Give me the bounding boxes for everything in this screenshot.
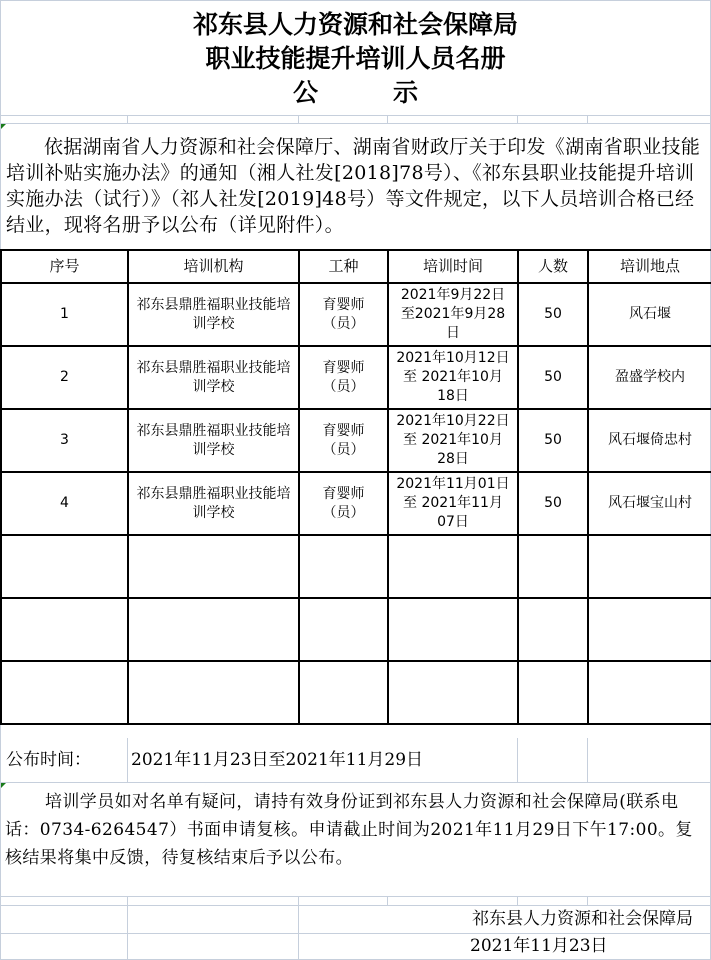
cell-period[interactable]: 2021年9月22日至2021年9月28日 xyxy=(388,283,518,346)
issue-date[interactable]: 2021年11月23日 xyxy=(470,933,608,960)
table-row-empty xyxy=(1,598,711,661)
col-header-org[interactable]: 培训机构 xyxy=(128,250,299,283)
notice-paragraph[interactable]: 培训学员如对名单有疑问，请持有效身份证到祁东县人力资源和社会保障局(联系电话：0… xyxy=(0,782,711,896)
cell-org[interactable] xyxy=(128,535,299,598)
cell-org[interactable]: 祁东县鼎胜福职业技能培训学校 xyxy=(128,283,299,346)
table-row: 2 祁东县鼎胜福职业技能培训学校 育婴师（员） 2021年10月12日至 202… xyxy=(1,346,711,409)
table-row: 4 祁东县鼎胜福职业技能培训学校 育婴师（员） 2021年11月01日至 202… xyxy=(1,472,711,535)
gridline xyxy=(587,115,588,124)
title-line-2: 职业技能提升培训人员名册 xyxy=(0,42,711,76)
table-row: 3 祁东县鼎胜福职业技能培训学校 育婴师（员） 2021年10月22日至 202… xyxy=(1,409,711,472)
cell-location[interactable]: 风石堰宝山村 xyxy=(588,472,711,535)
cell-count[interactable]: 50 xyxy=(518,409,588,472)
cell-count[interactable] xyxy=(518,535,588,598)
cell-org[interactable]: 祁东县鼎胜福职业技能培训学校 xyxy=(128,472,299,535)
table-header-row: 序号 培训机构 工种 培训时间 人数 培训地点 xyxy=(1,250,711,283)
cell-trade[interactable]: 育婴师（员） xyxy=(299,472,388,535)
gridline xyxy=(0,115,711,116)
gridline xyxy=(387,896,388,905)
cell-count[interactable]: 50 xyxy=(518,283,588,346)
gridline xyxy=(517,896,518,905)
cell-trade[interactable]: 育婴师（员） xyxy=(299,409,388,472)
gridline xyxy=(587,896,588,905)
col-header-location[interactable]: 培训地点 xyxy=(588,250,711,283)
title-line-3: 公 示 xyxy=(0,76,711,110)
cell-no[interactable]: 4 xyxy=(1,472,128,535)
cell-period[interactable]: 2021年10月12日至 2021年10月18日 xyxy=(388,346,518,409)
cell-org[interactable]: 祁东县鼎胜福职业技能培训学校 xyxy=(128,346,299,409)
cell-location[interactable] xyxy=(588,661,711,724)
cell-no[interactable] xyxy=(1,535,128,598)
cell-period[interactable] xyxy=(388,661,518,724)
cell-period[interactable] xyxy=(388,598,518,661)
cell-count[interactable]: 50 xyxy=(518,472,588,535)
cell-no[interactable]: 3 xyxy=(1,409,128,472)
cell-period[interactable] xyxy=(388,535,518,598)
gridline xyxy=(298,115,299,124)
publication-label[interactable]: 公布时间： xyxy=(6,738,91,782)
cell-no[interactable]: 1 xyxy=(1,283,128,346)
cell-location[interactable]: 风石堰倚忠村 xyxy=(588,409,711,472)
cell-org[interactable]: 祁东县鼎胜福职业技能培训学校 xyxy=(128,409,299,472)
gridline xyxy=(298,896,299,960)
col-header-no[interactable]: 序号 xyxy=(1,250,128,283)
title-line-1: 祁东县人力资源和社会保障局 xyxy=(0,8,711,42)
cell-count[interactable]: 50 xyxy=(518,346,588,409)
cell-org[interactable] xyxy=(128,661,299,724)
notice-text: 培训学员如对名单有疑问，请持有效身份证到祁东县人力资源和社会保障局(联系电话：0… xyxy=(5,792,693,868)
trainee-table: 序号 培训机构 工种 培训时间 人数 培训地点 1 祁东县鼎胜福职业技能培训学校… xyxy=(0,249,711,725)
cell-org[interactable] xyxy=(128,598,299,661)
table-row: 1 祁东县鼎胜福职业技能培训学校 育婴师（员） 2021年9月22日至2021年… xyxy=(1,283,711,346)
gridline xyxy=(127,115,128,124)
cell-location[interactable] xyxy=(588,598,711,661)
publication-period: 公布时间： 2021年11月23日至2021年11月29日 xyxy=(0,738,711,782)
cell-location[interactable]: 风石堰 xyxy=(588,283,711,346)
cell-trade[interactable] xyxy=(299,598,388,661)
intro-text: 依据湖南省人力资源和社会保障厅、湖南省财政厅关于印发《湖南省职业技能培训补贴实施… xyxy=(6,136,700,236)
page-title: 祁东县人力资源和社会保障局 职业技能提升培训人员名册 公 示 xyxy=(0,0,711,115)
cell-no[interactable] xyxy=(1,661,128,724)
cell-count[interactable] xyxy=(518,598,588,661)
cell-period[interactable]: 2021年11月01日至 2021年11月07日 xyxy=(388,472,518,535)
intro-paragraph[interactable]: 依据湖南省人力资源和社会保障厅、湖南省财政厅关于印发《湖南省职业技能培训补贴实施… xyxy=(0,124,711,249)
cell-period[interactable]: 2021年10月22日至 2021年10月28日 xyxy=(388,409,518,472)
cell-no[interactable]: 2 xyxy=(1,346,128,409)
cell-trade[interactable] xyxy=(299,661,388,724)
issuer-signature[interactable]: 祁东县人力资源和社会保障局 xyxy=(472,905,693,933)
col-header-trade[interactable]: 工种 xyxy=(299,250,388,283)
table-row-empty xyxy=(1,661,711,724)
cell-location[interactable]: 盈盛学校内 xyxy=(588,346,711,409)
gridline xyxy=(127,896,128,960)
gridline xyxy=(387,115,388,124)
col-header-period[interactable]: 培训时间 xyxy=(388,250,518,283)
gridline xyxy=(517,115,518,124)
publication-value[interactable]: 2021年11月23日至2021年11月29日 xyxy=(131,738,423,782)
cell-no[interactable] xyxy=(1,598,128,661)
cell-count[interactable] xyxy=(518,661,588,724)
cell-trade[interactable] xyxy=(299,535,388,598)
gridline xyxy=(0,896,711,897)
cell-location[interactable] xyxy=(588,535,711,598)
cell-trade[interactable]: 育婴师（员） xyxy=(299,346,388,409)
col-header-count[interactable]: 人数 xyxy=(518,250,588,283)
cell-trade[interactable]: 育婴师（员） xyxy=(299,283,388,346)
table-row-empty xyxy=(1,535,711,598)
